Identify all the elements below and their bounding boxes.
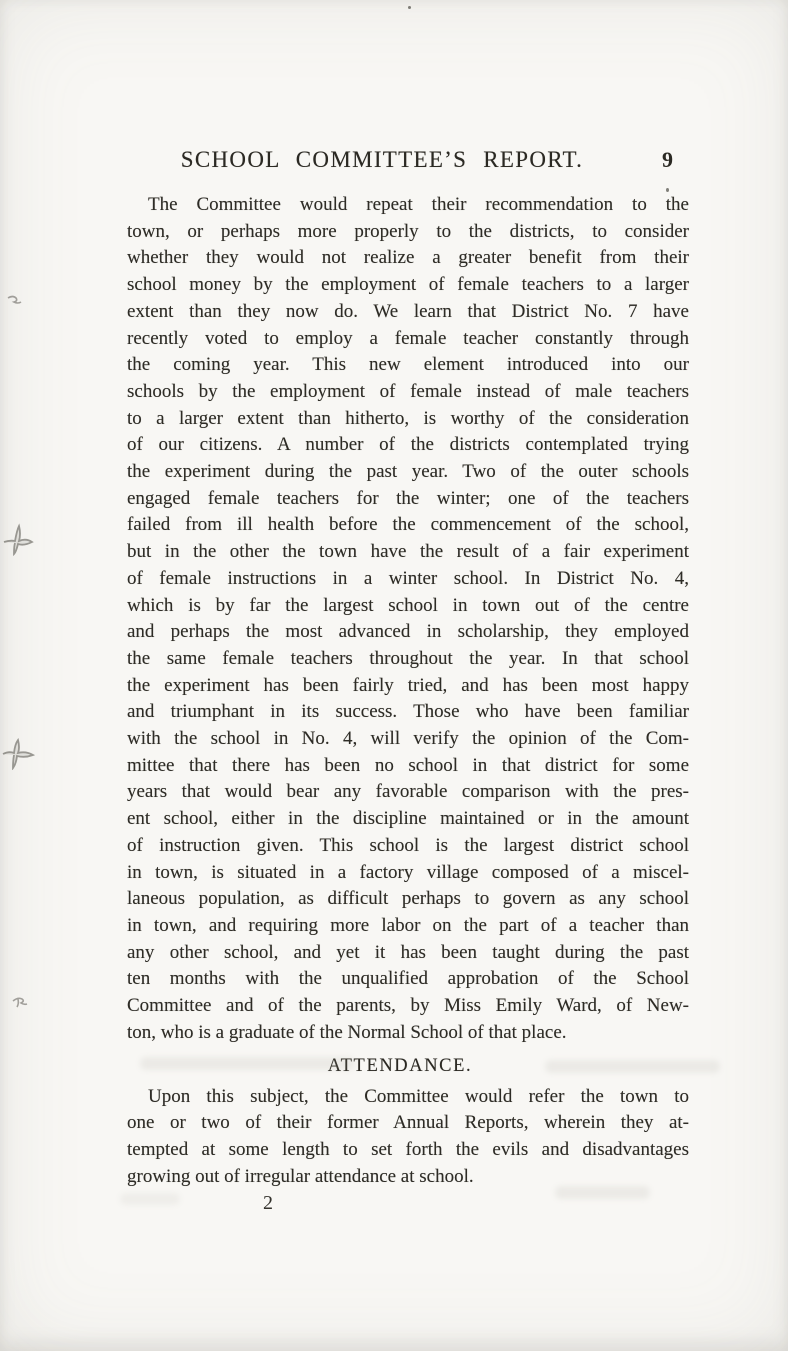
text-line: Committee and of the parents, by Miss Em… bbox=[127, 993, 689, 1020]
text-line: the same female teachers throughout the … bbox=[127, 646, 689, 673]
text-line: extent than they now do. We learn that D… bbox=[127, 299, 689, 326]
text-line: with the school in No. 4, will verify th… bbox=[127, 726, 689, 753]
document-page: SCHOOL COMMITTEE’S REPORT. 9 The Committ… bbox=[0, 0, 788, 1351]
text-line: any other school, and yet it has been ta… bbox=[127, 940, 689, 967]
text-line: the coming year. This new element introd… bbox=[127, 352, 689, 379]
text-line: and perhaps the most advanced in scholar… bbox=[127, 619, 689, 646]
text-line: the experiment during the past year. Two… bbox=[127, 459, 689, 486]
text-line: growing out of irregular attendance at s… bbox=[127, 1164, 689, 1191]
text-line: the experiment has been fairly tried, an… bbox=[127, 673, 689, 700]
paragraph-female-teachers: The Committee would repeat their recomme… bbox=[127, 192, 689, 1047]
ink-smudge-mark bbox=[2, 738, 38, 770]
text-line: years that would bear any favorable comp… bbox=[127, 779, 689, 806]
text-line: The Committee would repeat their recomme… bbox=[127, 192, 689, 219]
text-line: laneous population, as difficult perhaps… bbox=[127, 886, 689, 913]
page-number: 9 bbox=[662, 147, 673, 173]
paragraph-attendance: Upon this subject, the Committee would r… bbox=[127, 1084, 689, 1191]
ink-smudge-mark bbox=[2, 522, 38, 556]
text-line: one or two of their former Annual Report… bbox=[127, 1110, 689, 1137]
text-line: engaged female teachers for the winter; … bbox=[127, 486, 689, 513]
signature-mark: 2 bbox=[263, 1192, 689, 1215]
ink-smudge-mark bbox=[6, 292, 24, 308]
text-line: failed from ill health before the commen… bbox=[127, 512, 689, 539]
text-line: schools by the employment of female inst… bbox=[127, 379, 689, 406]
text-line: school money by the employment of female… bbox=[127, 272, 689, 299]
text-line: ent school, either in the discipline mai… bbox=[127, 806, 689, 833]
speck-mark bbox=[408, 6, 411, 9]
section-heading-attendance: ATTENDANCE. bbox=[119, 1056, 681, 1077]
text-line: of female instructions in a winter schoo… bbox=[127, 566, 689, 593]
text-line: and triumphant in its success. Those who… bbox=[127, 699, 689, 726]
text-line: ton, who is a graduate of the Normal Sch… bbox=[127, 1020, 689, 1047]
text-line: to a larger extent than hitherto, is wor… bbox=[127, 406, 689, 433]
page-header: SCHOOL COMMITTEE’S REPORT. 9 bbox=[127, 147, 689, 177]
text-line: town, or perhaps more properly to the di… bbox=[127, 219, 689, 246]
text-line: which is by far the largest school in to… bbox=[127, 593, 689, 620]
text-line: ten months with the unqualified approbat… bbox=[127, 966, 689, 993]
text-line: in town, and requiring more labor on the… bbox=[127, 913, 689, 940]
text-line: but in the other the town have the resul… bbox=[127, 539, 689, 566]
ink-smudge-mark bbox=[10, 992, 30, 1010]
text-line: in town, is situated in a factory villag… bbox=[127, 860, 689, 887]
text-line: of our citizens. A number of the distric… bbox=[127, 432, 689, 459]
page-body: The Committee would repeat their recomme… bbox=[127, 192, 689, 1215]
text-line: Upon this subject, the Committee would r… bbox=[127, 1084, 689, 1111]
text-line: recently voted to employ a female teache… bbox=[127, 326, 689, 353]
running-title: SCHOOL COMMITTEE’S REPORT. bbox=[101, 147, 663, 173]
text-line: tempted at some length to set forth the … bbox=[127, 1137, 689, 1164]
text-line: of instruction given. This school is the… bbox=[127, 833, 689, 860]
text-line: whether they would not realize a greater… bbox=[127, 245, 689, 272]
text-line: mittee that there has been no school in … bbox=[127, 753, 689, 780]
